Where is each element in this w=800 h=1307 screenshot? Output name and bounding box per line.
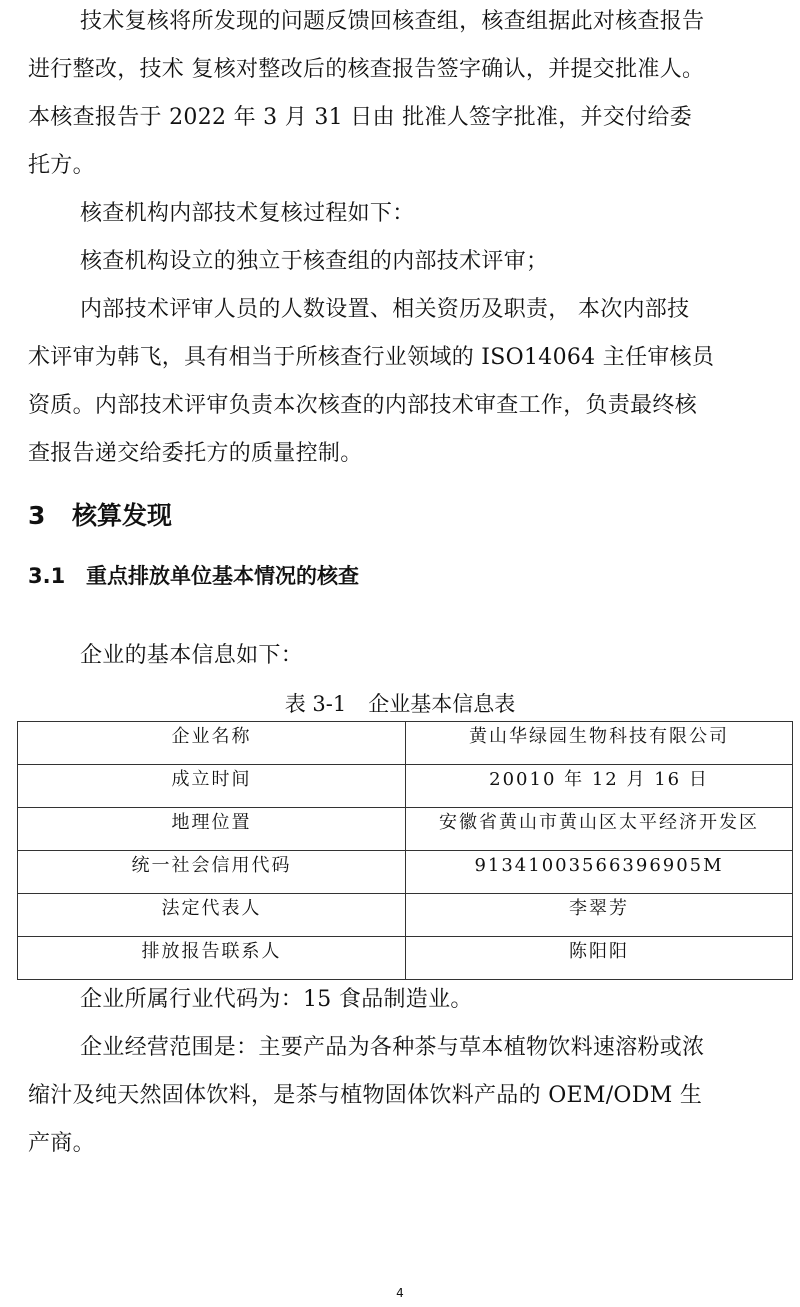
table-caption-title: 企业基本信息表 (368, 692, 515, 716)
section-number: 3 (28, 500, 72, 532)
table-row: 企业名称 黄山华绿园生物科技有限公司 (18, 722, 793, 765)
subsection-title: 重点排放单位基本情况的核查 (86, 564, 359, 588)
table-cell-value: 20010 年 12 月 16 日 (406, 765, 793, 808)
page-number: 4 (0, 1286, 800, 1300)
subsection-number: 3.1 (28, 562, 86, 590)
text-line: 托方。 (28, 152, 95, 180)
table-cell-label: 企业名称 (18, 722, 406, 765)
table-cell-label: 排放报告联系人 (18, 937, 406, 980)
table-cell-value: 91341003566396905M (406, 851, 793, 894)
section-heading: 3核算发现 (28, 500, 172, 532)
table-caption: 表 3-1企业基本信息表 (0, 690, 800, 718)
text-line: 资质。内部技术评审负责本次核查的内部技术审查工作，负责最终核 (28, 392, 697, 420)
paragraph-independent-review: 核查机构设立的独立于核查组的内部技术评审； (80, 248, 548, 276)
paragraph-industry-code: 企业所属行业代码为：15 食品制造业。 (80, 986, 473, 1014)
table-cell-value: 黄山华绿园生物科技有限公司 (406, 722, 793, 765)
table-row: 法定代表人 李翠芳 (18, 894, 793, 937)
text-line: 缩汁及纯天然固体饮料，是茶与植物固体饮料产品的 OEM/ODM 生 (28, 1082, 702, 1110)
table-cell-value: 陈阳阳 (406, 937, 793, 980)
table-cell-label: 法定代表人 (18, 894, 406, 937)
table-row: 排放报告联系人 陈阳阳 (18, 937, 793, 980)
table-caption-number: 表 3-1 (285, 692, 347, 716)
text-line: 术评审为韩飞，具有相当于所核查行业领域的 ISO14064 主任审核员 (28, 344, 714, 372)
text-line: 查报告递交给委托方的质量控制。 (28, 440, 363, 468)
table-cell-label: 统一社会信用代码 (18, 851, 406, 894)
table-cell-label: 地理位置 (18, 808, 406, 851)
table-cell-value: 李翠芳 (406, 894, 793, 937)
table-row: 地理位置 安徽省黄山市黄山区太平经济开发区 (18, 808, 793, 851)
table-row: 成立时间 20010 年 12 月 16 日 (18, 765, 793, 808)
table-cell-value: 安徽省黄山市黄山区太平经济开发区 (406, 808, 793, 851)
company-info-table: 企业名称 黄山华绿园生物科技有限公司 成立时间 20010 年 12 月 16 … (17, 721, 793, 980)
text-line: 内部技术评审人员的人数设置、相关资历及职责， 本次内部技 (80, 296, 689, 324)
subsection-heading: 3.1重点排放单位基本情况的核查 (28, 562, 359, 590)
text-line: 技术复核将所发现的问题反馈回核查组，核查组据此对核查报告 (80, 8, 704, 36)
text-line: 产商。 (28, 1130, 95, 1158)
table-cell-label: 成立时间 (18, 765, 406, 808)
table-intro-text: 企业的基本信息如下： (80, 642, 303, 670)
text-line: 进行整改，技术 复核对整改后的核查报告签字确认，并提交批准人。 (28, 56, 704, 84)
text-line: 企业经营范围是：主要产品为各种茶与草本植物饮料速溶粉或浓 (80, 1034, 704, 1062)
table-row: 统一社会信用代码 91341003566396905M (18, 851, 793, 894)
text-line: 本核查报告于 2022 年 3 月 31 日由 批准人签字批准，并交付给委 (28, 104, 692, 132)
section-title: 核算发现 (72, 501, 172, 530)
paragraph-review-process-intro: 核查机构内部技术复核过程如下： (80, 200, 415, 228)
